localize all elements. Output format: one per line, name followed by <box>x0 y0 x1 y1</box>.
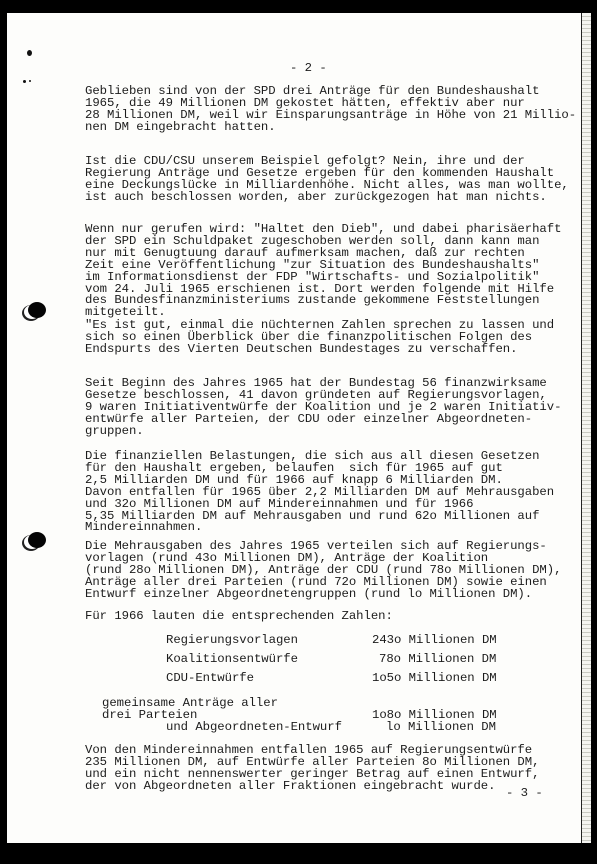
scan-speck <box>23 80 26 83</box>
text-line: Für 1966 lauten die entsprechenden Zahle… <box>85 610 393 623</box>
punch-hole <box>28 532 46 548</box>
table-row-amount: 1o5o Millionen DM <box>372 672 497 685</box>
table-row: Regierungsvorlagen <box>166 634 298 647</box>
scan-speck <box>29 80 31 82</box>
table-row: CDU-Entwürfe <box>166 672 254 685</box>
table-row: Koalitionsentwürfe <box>166 653 298 666</box>
page-edge <box>581 13 591 843</box>
text-line: gruppen. <box>85 425 144 438</box>
table-row-amount: 243o Millionen DM <box>372 634 497 647</box>
text-line: Mindereinnahmen. <box>85 521 202 534</box>
scan-speck <box>27 50 32 56</box>
page-number-bottom: - 3 - <box>506 786 543 800</box>
text-line: der von Abgeordneten aller Fraktionen ei… <box>85 780 495 793</box>
text-line: Entwurf einzelner Abgeordnetengruppen (r… <box>85 588 532 601</box>
text-line: ist auch beschlossen worden, aber zurück… <box>85 191 547 204</box>
text-line: nen DM eingebracht hatten. <box>85 121 276 134</box>
text-line: Endspurts des Vierten Deutschen Bundesta… <box>85 343 517 356</box>
table-row-amount: lo Millionen DM <box>386 721 496 734</box>
punch-hole <box>28 302 46 318</box>
table-row-amount: 78o Millionen DM <box>379 653 496 666</box>
page-number-top: - 2 - <box>290 61 327 75</box>
table-group-label: und Abgeordneten-Entwurf <box>166 721 342 734</box>
text-line: entwürfe aller Parteien, der CDU oder ei… <box>85 413 532 426</box>
